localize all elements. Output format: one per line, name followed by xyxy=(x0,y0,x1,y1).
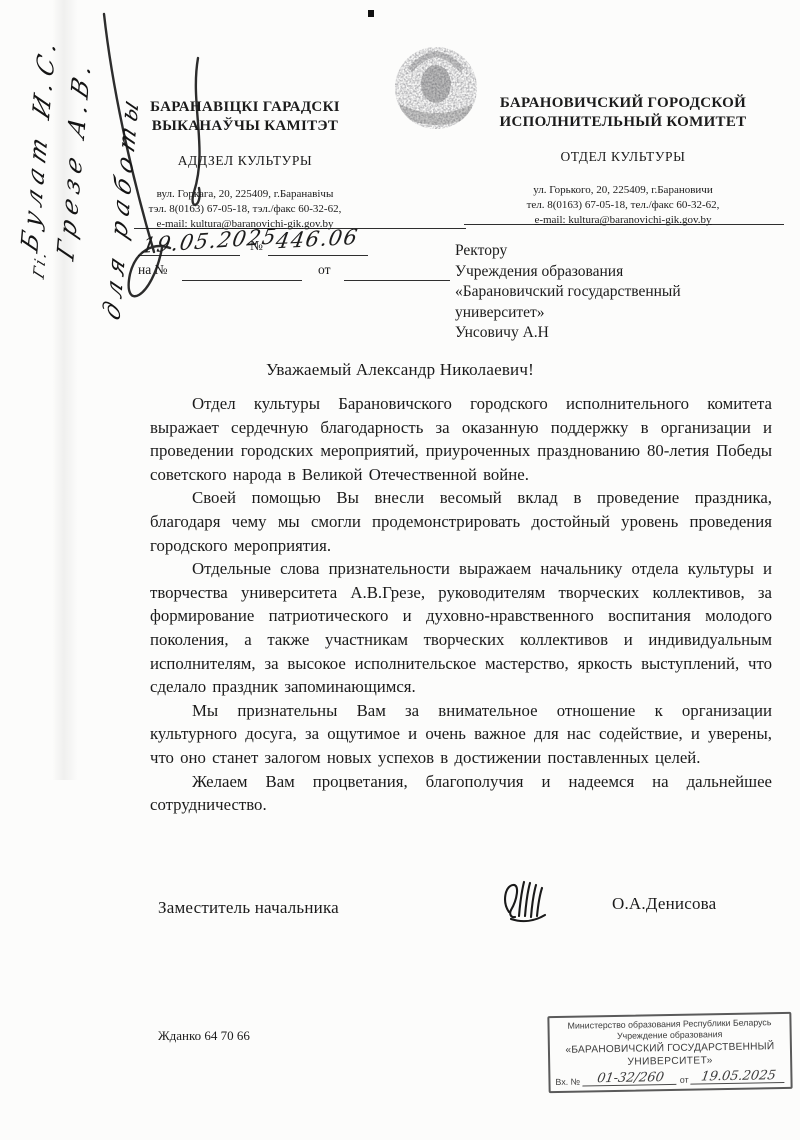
reply-date-blank-line xyxy=(344,280,450,281)
recipient-line-institution-type: Учреждения образования xyxy=(455,262,765,283)
reply-from-label: от xyxy=(318,262,330,278)
incoming-registration-stamp: Министерство образования Республики Бела… xyxy=(547,1012,792,1093)
body-paragraph-2: Своей помощью Вы внесли весомый вклад в … xyxy=(150,486,772,557)
org-address-ru-street: ул. Горького, 20, 225409, г.Барановичи xyxy=(466,183,780,198)
recipient-block: Ректору Учреждения образования «Баранови… xyxy=(455,241,765,344)
body-paragraph-1: Отдел культуры Барановичского городского… xyxy=(150,392,772,486)
executor-phone: Жданко 64 70 66 xyxy=(158,1028,250,1044)
scanned-letter-page: Булат И.С. Грезе А.В. для работы Гі. БАР… xyxy=(0,0,800,1140)
body-paragraph-4: Мы признательны Вам за внимательное отно… xyxy=(150,699,772,770)
recipient-line-institution-name-1: «Барановичский государственный xyxy=(455,282,765,303)
outgoing-number-handwritten: 446.06 xyxy=(274,225,360,254)
stamp-registration-row: Вх. № 01-32/260 от 19.05.2025 xyxy=(555,1069,785,1087)
salutation: Уважаемый Александр Николаевич! xyxy=(140,360,660,380)
org-name-ru-line1: БАРАНОВИЧСКИЙ ГОРОДСКОЙ xyxy=(466,94,780,113)
org-address-ru: ул. Горького, 20, 225409, г.Барановичи т… xyxy=(466,183,780,228)
recipient-line-person: Унсовичу А.Н xyxy=(455,323,765,344)
letterhead-right-block: БАРАНОВИЧСКИЙ ГОРОДСКОЙ ИСПОЛНИТЕЛЬНЫЙ К… xyxy=(466,94,780,228)
org-dept-ru: ОТДЕЛ КУЛЬТУРЫ xyxy=(466,147,780,166)
org-address-ru-phone: тел. 8(0163) 67-05-18, тел./факс 60-32-6… xyxy=(466,198,780,213)
stamp-incoming-number-label: Вх. № xyxy=(555,1077,580,1087)
handwritten-signature xyxy=(499,876,553,924)
letter-body: Отдел культуры Барановичского городского… xyxy=(150,392,772,817)
signer-position: Заместитель начальника xyxy=(158,898,339,918)
recipient-line-position: Ректору xyxy=(455,241,765,262)
scan-artifact-speck xyxy=(368,10,374,17)
stamp-incoming-number-handwritten: 01-32/260 xyxy=(582,1071,678,1087)
body-paragraph-5: Желаем Вам процветания, благополучия и н… xyxy=(150,770,772,817)
body-paragraph-3: Отдельные слова признательности выражаем… xyxy=(150,557,772,699)
signer-name: О.А.Денисова xyxy=(612,894,716,914)
org-address-ru-email: e-mail: kultura@baranovichi-gik.gov.by xyxy=(466,213,780,228)
stamp-from-label: от xyxy=(680,1075,689,1085)
stamp-incoming-date-handwritten: 19.05.2025 xyxy=(690,1069,786,1085)
recipient-line-institution-name-2: университет» xyxy=(455,303,765,324)
org-name-ru-line2: ИСПОЛНИТЕЛЬНЫЙ КОМИТЕТ xyxy=(466,113,780,132)
